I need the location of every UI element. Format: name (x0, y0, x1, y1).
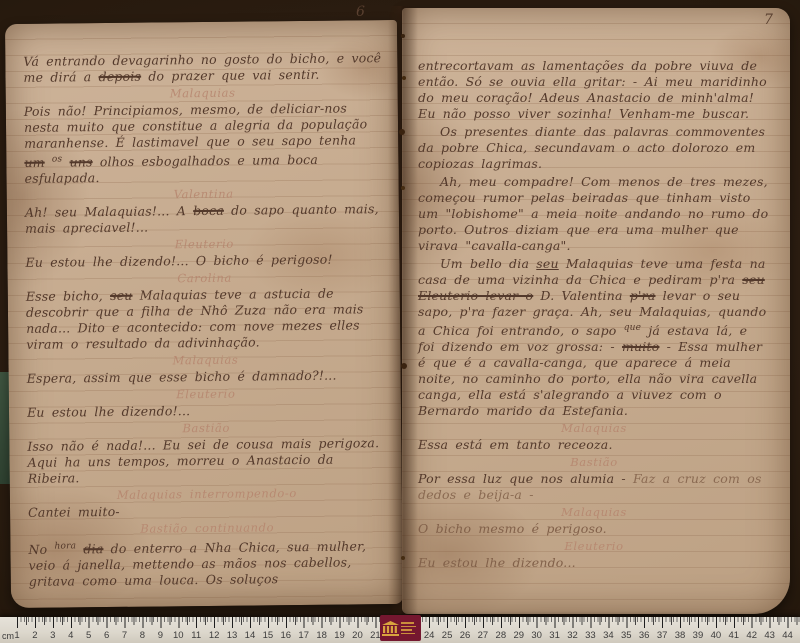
building-icon (382, 621, 399, 636)
ruler-number: 42 (746, 630, 757, 641)
manuscript-line: Espera, assim que esse bicho é damnado?!… (27, 367, 385, 387)
ruler-number: 34 (603, 630, 614, 641)
manuscript-line: Isso não é nada!... Eu sei de cousa mais… (27, 435, 385, 487)
page-right-text: entrecortavam as lamentações da pobre vi… (402, 8, 790, 571)
manuscript-line: Ah! seu Malaquias!... A boca do sapo qua… (25, 201, 383, 237)
ruler-number: 17 (298, 630, 309, 641)
ruler-number: 28 (496, 630, 507, 641)
ruler-number: 10 (173, 630, 184, 641)
character-heading: Malaquias (418, 505, 770, 520)
measuring-ruler: cm 1234567891011121314151617181920212223… (0, 617, 800, 643)
character-heading: Bastião (418, 455, 770, 470)
manuscript-line: entrecortavam as lamentações da pobre vi… (418, 58, 770, 122)
ruler-number: 8 (140, 630, 145, 641)
ruler-number: 30 (531, 630, 542, 641)
notebook-page-left: Vá entrando devagarinho no gosto do bich… (5, 20, 403, 608)
ruler-number: 40 (711, 630, 722, 641)
manuscript-line: Ah, meu compadre! Com menos de tres meze… (418, 174, 770, 254)
ruler-number: 39 (693, 630, 704, 641)
notebook-page-right: entrecortavam as lamentações da pobre vi… (402, 8, 790, 614)
ruler-number: 26 (460, 630, 471, 641)
ruler-number: 5 (86, 630, 91, 641)
stamp-text-lines (401, 622, 419, 634)
ruler-number: 2 (32, 630, 37, 641)
binding-ink-dots (401, 34, 405, 38)
ruler-number: 1 (14, 630, 19, 641)
ruler-number: 7 (122, 630, 127, 641)
manuscript-line: Essa está em tanto receoza. (418, 437, 770, 453)
archive-logo (380, 615, 421, 641)
character-heading: Eleuterio (418, 539, 770, 554)
ruler-number: 18 (316, 630, 327, 641)
ruler-number: 35 (621, 630, 632, 641)
ruler-number: 16 (281, 630, 292, 641)
ruler-number: 13 (227, 630, 238, 641)
manuscript-line: Vá entrando devagarinho no gosto do bich… (23, 50, 381, 86)
manuscript-scan: Vá entrando devagarinho no gosto do bich… (0, 0, 800, 643)
ruler-number: 11 (191, 630, 201, 641)
manuscript-line: No hora dia do enterro a Nha Chica, sua … (28, 535, 387, 590)
ruler-number: 15 (263, 630, 274, 641)
manuscript-line: Um bello dia seu Malaquias teve uma fest… (418, 256, 770, 419)
manuscript-line: Eu estou lhe dizendo!... (27, 401, 385, 421)
ruler-number: 38 (675, 630, 686, 641)
ruler-unit-label: cm (2, 631, 14, 641)
ruler-number: 37 (657, 630, 668, 641)
manuscript-line: Eu estou lhe dizendo!... O bicho é perig… (25, 251, 383, 271)
ruler-number: 31 (549, 630, 560, 641)
manuscript-line: Eu estou lhe dizendo... (418, 555, 770, 571)
ruler-number: 3 (50, 630, 55, 641)
ruler-number: 9 (158, 630, 163, 641)
ruler-number: 14 (245, 630, 256, 641)
page-number-right: 7 (764, 12, 773, 28)
manuscript-line: Por essa luz que nos alumia - Faz a cruz… (418, 471, 770, 503)
manuscript-line: Cantei muito- (28, 501, 386, 521)
ruler-number: 29 (513, 630, 524, 641)
ruler-number: 4 (68, 630, 73, 641)
ruler-number: 12 (209, 630, 220, 641)
page-number-left: 6 (356, 4, 365, 20)
manuscript-line: O bicho mesmo é perigoso. (418, 521, 770, 537)
ruler-number: 44 (782, 630, 793, 641)
ruler-number: 19 (334, 630, 345, 641)
page-left-text: Vá entrando devagarinho no gosto do bich… (5, 20, 403, 590)
ruler-number: 32 (567, 630, 578, 641)
ruler-number: 33 (585, 630, 596, 641)
manuscript-line: Esse bicho, seu Malaquias teve a astucia… (26, 285, 385, 353)
ruler-number: 20 (352, 630, 363, 641)
manuscript-line: Os presentes diante das palavras commove… (418, 124, 770, 172)
ruler-number: 27 (478, 630, 489, 641)
ruler-number: 43 (764, 630, 775, 641)
ruler-number: 36 (639, 630, 650, 641)
character-heading: Malaquias (418, 421, 770, 436)
ruler-number: 24 (424, 630, 435, 641)
manuscript-line: Pois não! Principiamos, mesmo, de delici… (24, 100, 383, 187)
ruler-number: 25 (442, 630, 453, 641)
ruler-number: 6 (104, 630, 109, 641)
ruler-number: 41 (729, 630, 740, 641)
